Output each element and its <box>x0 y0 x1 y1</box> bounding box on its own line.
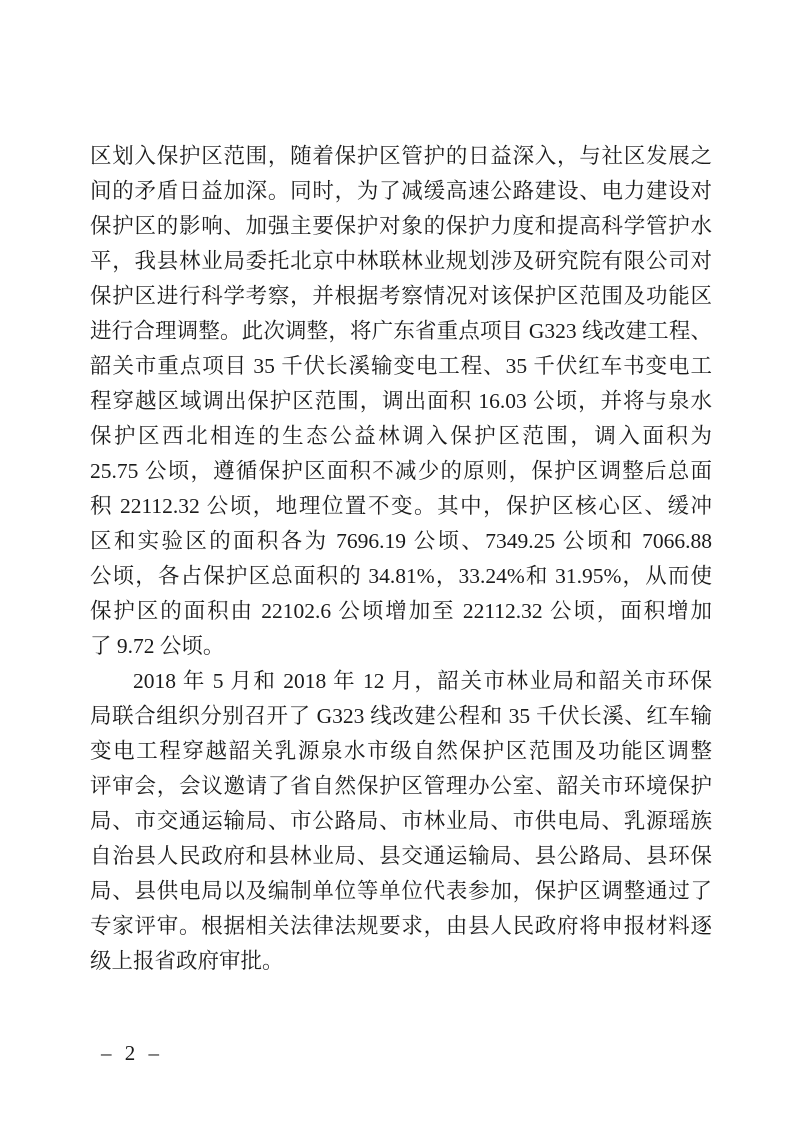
text-line: 专家评审。根据相关法律法规要求，由县人民政府将申报材料逐 <box>90 909 712 944</box>
text-line: 区和实验区的面积各为 7696.19 公顷、7349.25 公顷和 7066.8… <box>90 524 712 559</box>
text-line: 公顷，各占保护区总面积的 34.81%，33.24%和 31.95%，从而使 <box>90 559 712 594</box>
text-line: 平，我县林业局委托北京中林联林业规划涉及研究院有限公司对 <box>90 244 712 279</box>
text-line: 进行合理调整。此次调整，将广东省重点项目 G323 线改建工程、 <box>90 314 712 349</box>
text-line: 积 22112.32 公顷，地理位置不变。其中，保护区核心区、缓冲 <box>90 489 712 524</box>
text-line: 评审会，会议邀请了省自然保护区管理办公室、韶关市环境保护 <box>90 769 712 804</box>
text-line: 局、县供电局以及编制单位等单位代表参加，保护区调整通过了 <box>90 874 712 909</box>
text-line: 保护区的影响、加强主要保护对象的保护力度和提高科学管护水 <box>90 209 712 244</box>
text-line: 保护区的面积由 22102.6 公顷增加至 22112.32 公顷，面积增加 <box>90 594 712 629</box>
page-footer: – 2 – <box>101 1041 163 1066</box>
paragraph-adjustment-continuation: 区划入保护区范围，随着保护区管护的日益深入，与社区发展之 间的矛盾日益加深。同时… <box>90 139 712 664</box>
text-line: 自治县人民政府和县林业局、县交通运输局、县公路局、县环保 <box>90 839 712 874</box>
text-line: 保护区西北相连的生态公益林调入保护区范围，调入面积为 <box>90 419 712 454</box>
text-line: 程穿越区域调出保护区范围，调出面积 16.03 公顷，并将与泉水 <box>90 384 712 419</box>
text-line: 区划入保护区范围，随着保护区管护的日益深入，与社区发展之 <box>90 139 712 174</box>
text-line: 25.75 公顷，遵循保护区面积不减少的原则，保护区调整后总面 <box>90 454 712 489</box>
text-line: 2018 年 5 月和 2018 年 12 月，韶关市林业局和韶关市环保 <box>90 664 712 699</box>
document-body: 区划入保护区范围，随着保护区管护的日益深入，与社区发展之 间的矛盾日益加深。同时… <box>90 139 712 979</box>
text-line: 韶关市重点项目 35 千伏长溪输变电工程、35 千伏红车书变电工 <box>90 349 712 384</box>
text-line: 保护区进行科学考察，并根据考察情况对该保护区范围及功能区 <box>90 279 712 314</box>
page-number: – 2 – <box>101 1041 163 1065</box>
text-line: 级上报省政府审批。 <box>90 944 712 979</box>
text-line: 了 9.72 公顷。 <box>90 629 712 664</box>
text-line: 间的矛盾日益加深。同时，为了减缓高速公路建设、电力建设对 <box>90 174 712 209</box>
text-line: 局、市交通运输局、市公路局、市林业局、市供电局、乳源瑶族 <box>90 804 712 839</box>
document-page: 区划入保护区范围，随着保护区管护的日益深入，与社区发展之 间的矛盾日益加深。同时… <box>0 0 800 1131</box>
text-line: 局联合组织分别召开了 G323 线改建公程和 35 千伏长溪、红车输 <box>90 699 712 734</box>
text-line: 变电工程穿越韶关乳源泉水市级自然保护区范围及功能区调整 <box>90 734 712 769</box>
paragraph-review-meetings: 2018 年 5 月和 2018 年 12 月，韶关市林业局和韶关市环保 局联合… <box>90 664 712 979</box>
